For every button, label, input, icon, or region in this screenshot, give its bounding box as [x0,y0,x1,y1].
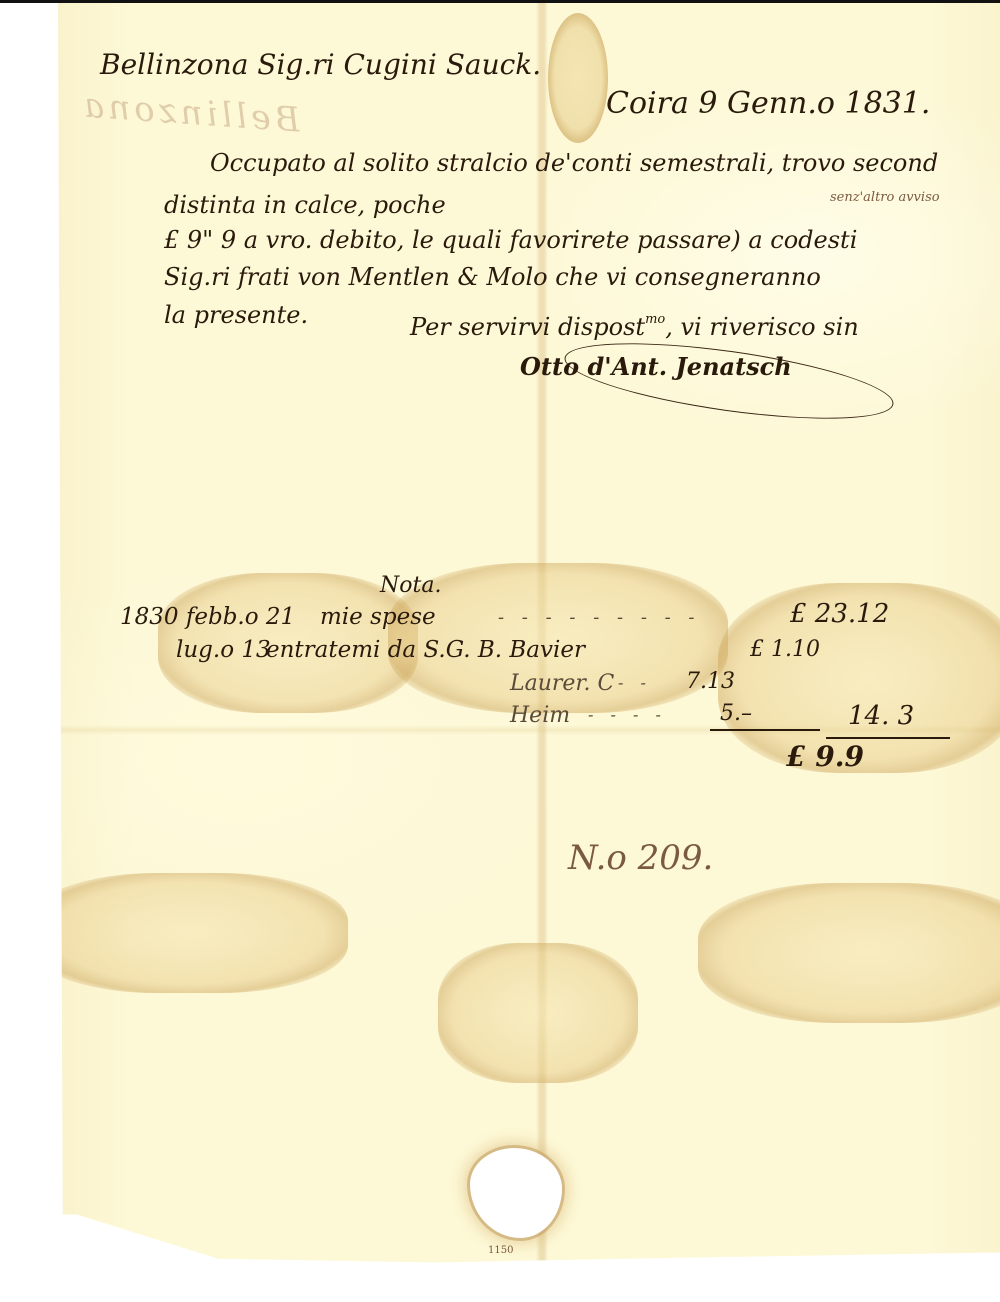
interlinear-insert: senz'altro avviso [830,191,940,204]
body-line-5: la presente. [164,303,308,327]
body-line-3: £ 9" 9 a vro. debito, le quali favoriret… [164,228,857,252]
archive-mark: 1150 [488,1246,513,1256]
note-subtotal: 14. 3 [848,703,914,729]
note-row-4-desc: Heim [510,705,570,727]
stain-lower-left [58,873,348,993]
sum-rule-right [826,737,950,739]
stain-top-fold [548,13,608,143]
note-balance: £ 9.9 [786,743,864,771]
note-row-3-amount: 7.13 [686,671,735,693]
body-line-1: Occupato al solito stralcio de'conti sem… [210,151,938,175]
closing-text-a: Per servirvi dispost [410,313,645,341]
scan-top-edge [0,0,1000,3]
place-date: Coira 9 Genn.o 1831. [606,89,930,119]
note-row-1-desc: mie spese [320,606,436,629]
note-row-3-leader: - - [618,675,652,691]
closing-superscript: mo [645,312,665,327]
note-row-4-amount: 5.– [720,703,752,725]
note-row-2-amount: £ 1.10 [750,639,820,661]
note-row-2-date: lug.o 13 [176,639,271,662]
sum-rule-left [710,729,820,731]
note-row-4-leader: - - - - [588,707,667,723]
file-number: N.o 209. [568,841,713,875]
body-line-2: distinta in calce, poche [164,193,446,217]
stain-lower-center [438,943,638,1083]
addressee-line: Bellinzona Sig.ri Cugini Sauck. [100,51,541,79]
note-row-1-amount: £ 23.12 [790,601,889,627]
letter-paper: 1150 Bellinzona Bellinzona Sig.ri Cugini… [58,3,1000,1265]
stain-lower-right [698,883,1000,1023]
closing-line: Per servirvi dispostmo, vi riverisco sin [410,315,859,339]
note-row-2-desc: entratemi da S.G. B. Bavier [266,639,585,662]
note-row-1-leader: - - - - - - - - - [498,609,701,627]
body-line-4: Sig.ri frati von Mentlen & Molo che vi c… [164,265,821,289]
signature: Otto d'Ant. Jenatsch [520,355,792,379]
note-row-3-desc: Laurer. C [510,673,614,695]
note-title: Nota. [380,575,441,597]
note-row-1-date: 1830 febb.o 21 [120,606,295,629]
closing-text-b: , vi riverisco sin [665,313,858,341]
